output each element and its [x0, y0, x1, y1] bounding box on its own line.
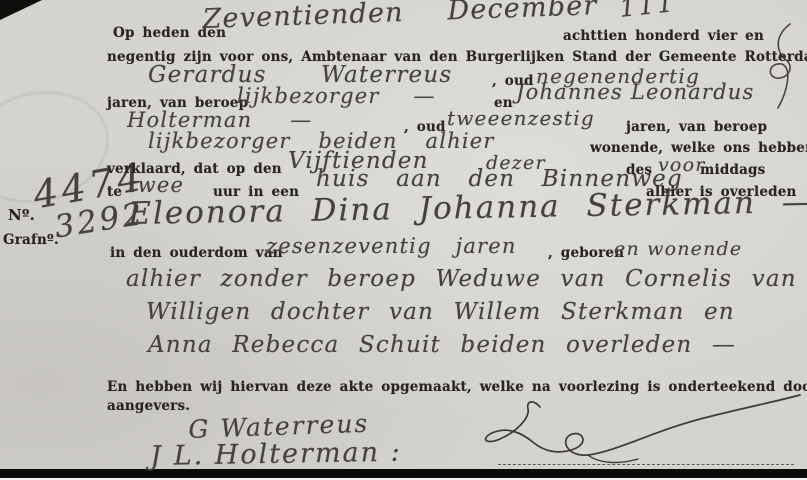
- death-certificate-scan: 111 Nº. 4474 Grafnº. 3292 Op heden den Z…: [0, 0, 807, 480]
- handwritten-page-number: 111: [618, 0, 677, 23]
- deceased-parents-mother: Anna Rebecca Schuit beiden overleden —: [148, 332, 736, 358]
- signature-declarant2: J L. Holterman :: [150, 437, 402, 472]
- signature-registrar: [478, 393, 803, 475]
- deceased-age: zesenzeventig jaren: [266, 234, 517, 258]
- form-text-ouderdom: in den ouderdom van: [110, 245, 283, 261]
- deceased-parents-father: Willigen dochter van Willem Sterkman en: [146, 299, 735, 325]
- form-text-aangevers: aangevers.: [107, 398, 190, 414]
- form-text-geboren: , geboren: [548, 245, 624, 261]
- form-text-jaren-beroep-2: jaren, van beroep: [626, 119, 767, 135]
- declarant1-occupation: lijkbezorger —: [237, 84, 436, 108]
- handwritten-date: Zeventienden December: [202, 0, 598, 35]
- form-text-te: te: [107, 184, 122, 200]
- handwritten-en-wonende: en wonende: [614, 238, 742, 260]
- declarant2-firstnames: Johannes Leonardus: [516, 80, 754, 104]
- deceased-residence-widow: alhier zonder beroep Weduwe van Cornelis…: [126, 266, 797, 292]
- form-text-middags: middags: [700, 162, 765, 178]
- scan-edge-top-left: [0, 0, 42, 20]
- declarant2-age: tweeenzestig: [447, 106, 595, 130]
- death-hour: twee: [128, 173, 184, 197]
- form-text-year-part1: achttien honderd vier en: [563, 28, 764, 44]
- grave-number-label: Grafnº.: [3, 232, 59, 248]
- act-number-label: Nº.: [8, 206, 35, 224]
